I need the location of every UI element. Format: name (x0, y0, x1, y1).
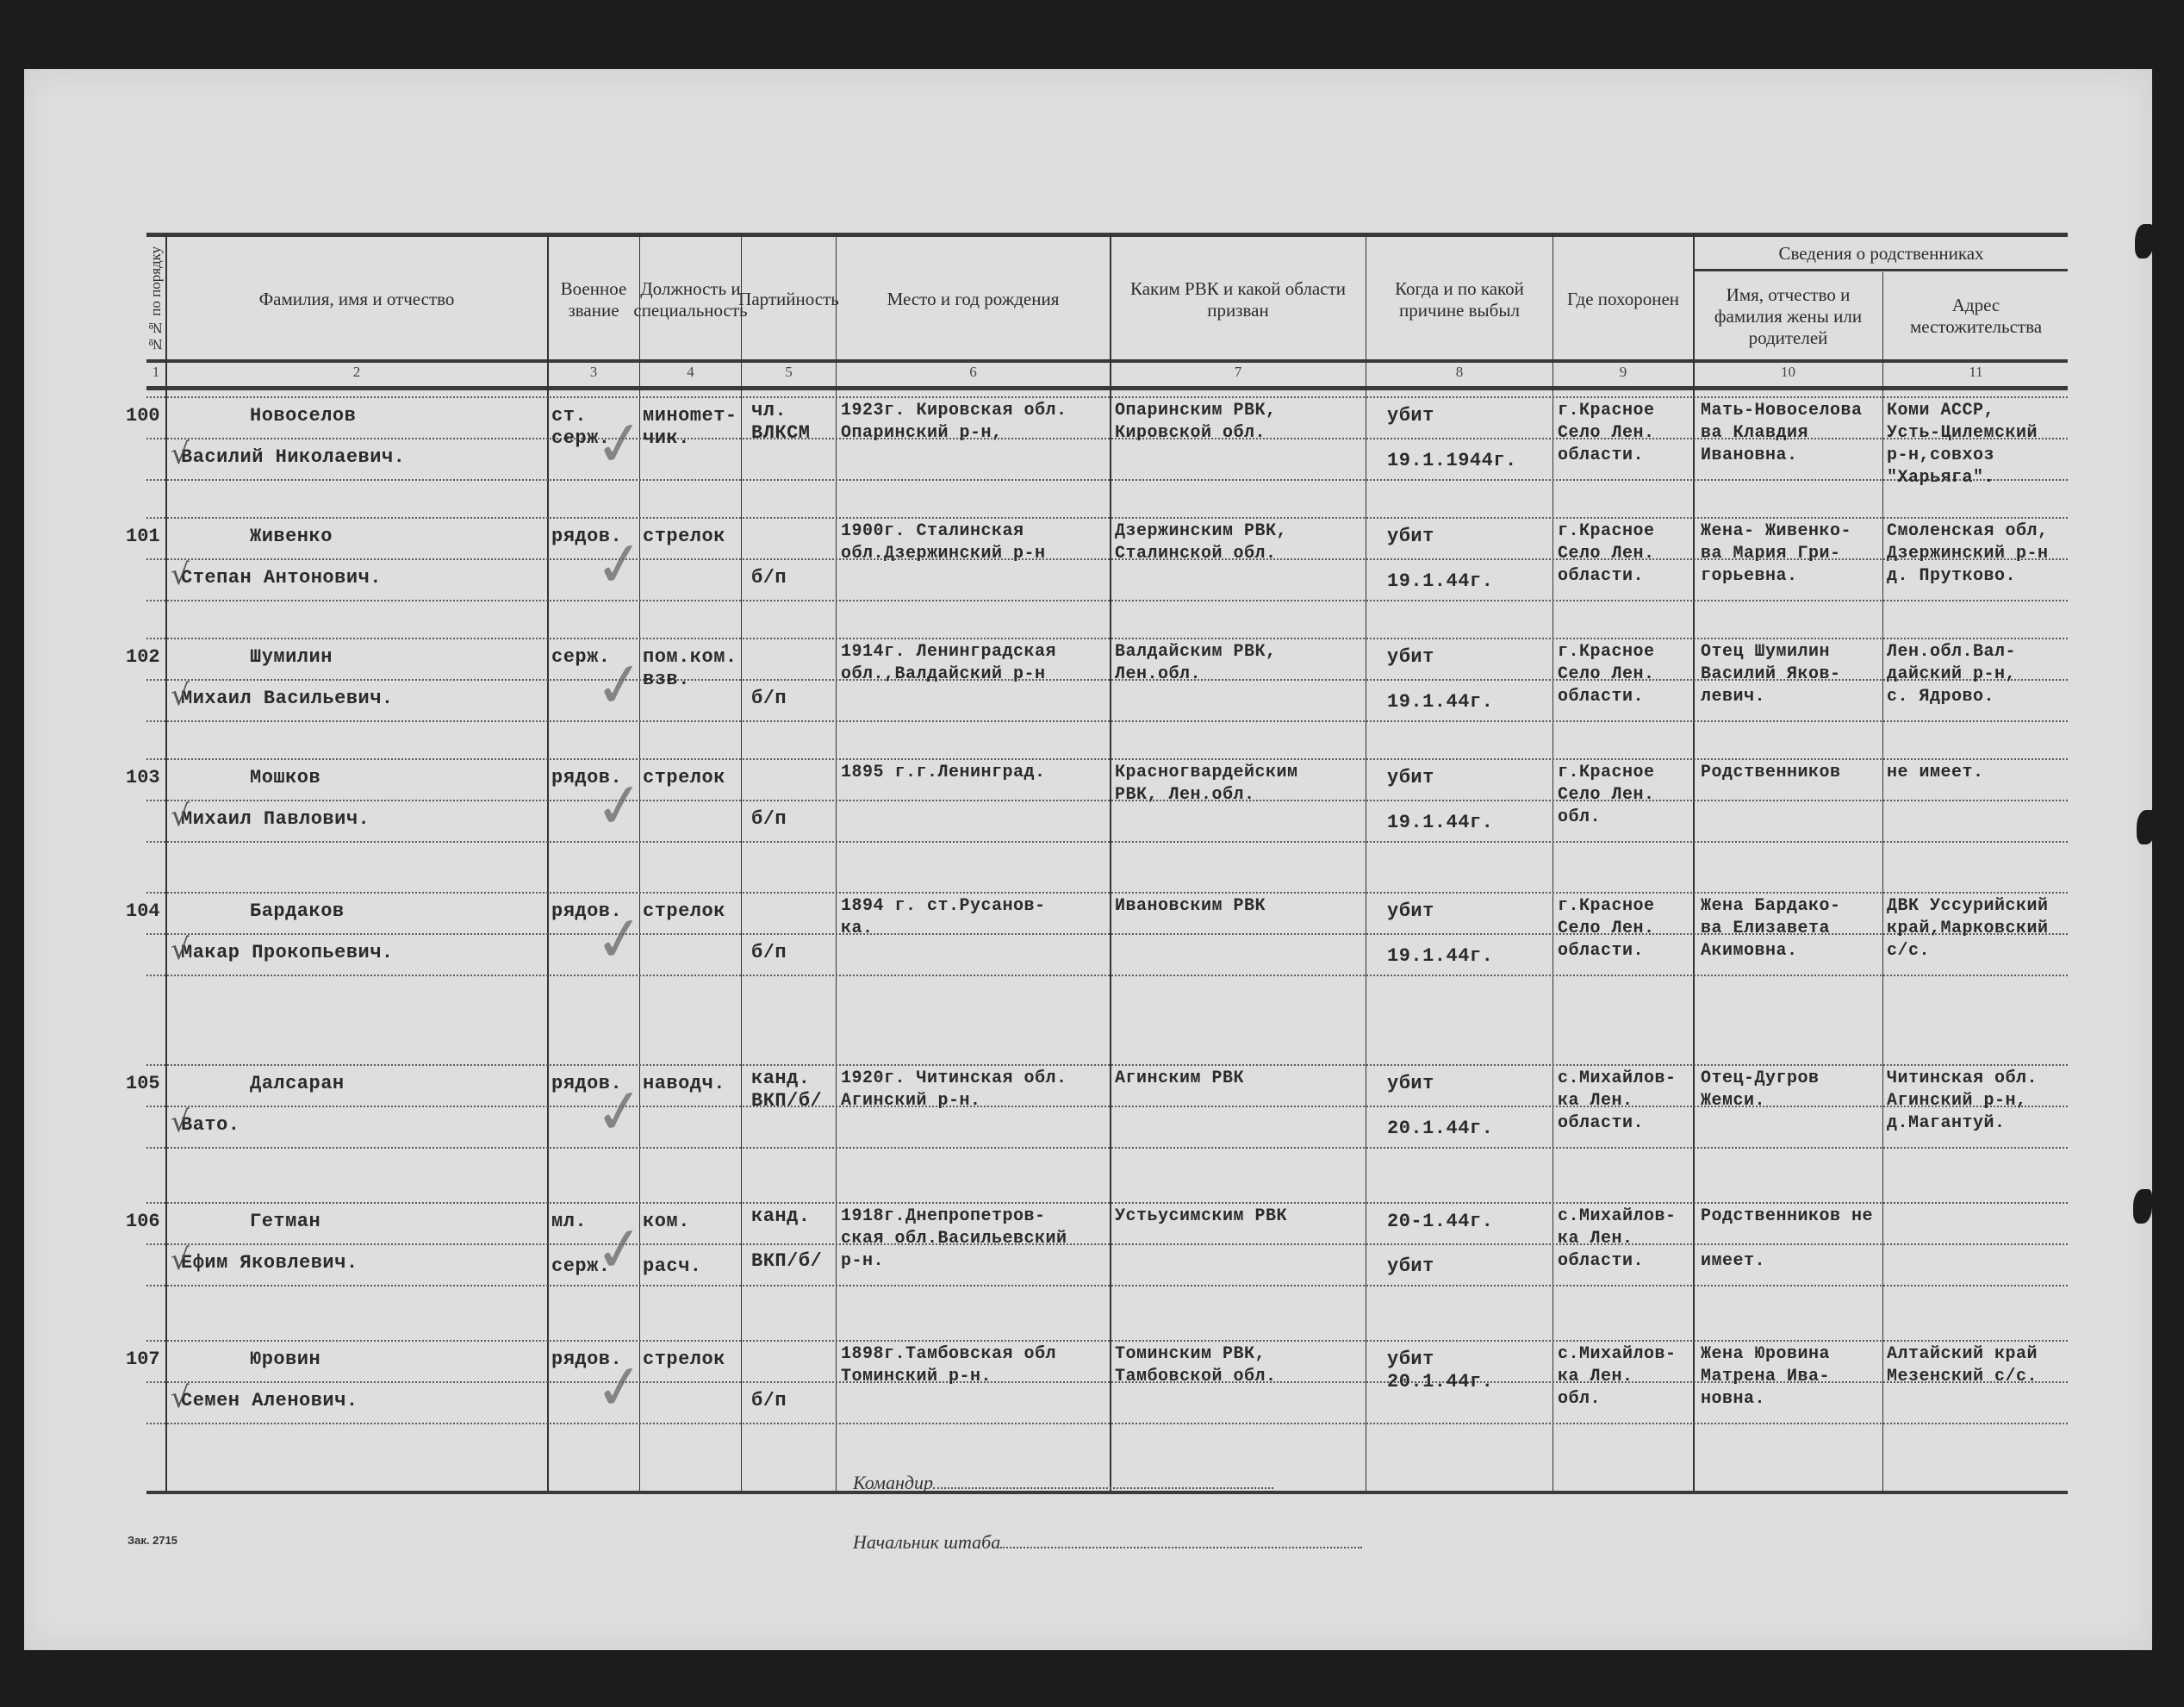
party-cell: б/п (751, 808, 787, 831)
colnum-5: 5 (743, 364, 835, 381)
draft-cell: Томинским РВК, Тамбовской обл. (1115, 1343, 1277, 1388)
dropout-cell: убит 19.1.44г. (1387, 767, 1493, 834)
dropout-cell: убит 20.1.44г. (1387, 1349, 1493, 1393)
small-checkmark-icon: √ (171, 935, 190, 964)
header-relatives-group: Сведения о родственниках (1695, 238, 2068, 269)
header-bottom-rule (146, 359, 2068, 363)
address-cell: Лен.обл.Вал- дайский р-н, с. Ядрово. (1887, 641, 2016, 708)
row-number: 101 (126, 526, 160, 547)
party-cell: канд. ВКП/б/ (751, 1205, 822, 1273)
table-row: 105ДалсаранВато.рядов.наводч.канд. ВКП/б… (146, 1064, 2068, 1202)
draft-cell: Валдайским РВК, Лен.обл. (1115, 641, 1277, 686)
draft-cell: Красногвардейским РВК, Лен.обл. (1115, 762, 1298, 807)
dropout-cell: убит 19.1.44г. (1387, 646, 1493, 713)
table-row: 106ГетманЕфим Яковлевич.мл. серж.ком. ра… (146, 1202, 2068, 1340)
birth-cell: 1898г.Тамбовская обл Томинский р-н. (841, 1343, 1056, 1388)
surname-cell: Новоселов (250, 405, 356, 427)
header-col-9: Где похоронен (1554, 241, 1692, 358)
pencil-checkmark-icon: ✓ (590, 651, 649, 718)
colnum-10: 10 (1695, 364, 1882, 381)
ruled-line (146, 396, 2068, 398)
pencil-checkmark-icon: ✓ (590, 1078, 649, 1144)
relative-cell: Мать-Новоселова ва Клавдия Ивановна. (1701, 400, 1863, 467)
commander-label: Командир (853, 1472, 933, 1493)
position-cell: наводч. (643, 1073, 725, 1095)
burial-place-cell: г.Красное Село Лен. области. (1558, 400, 1655, 467)
relative-cell: Отец-Дугров Жемси. (1701, 1068, 1820, 1112)
chief-of-staff-signature-field: Начальник штаба (853, 1531, 1362, 1554)
address-cell: Алтайский край Мезенский с/с. (1887, 1343, 2038, 1388)
ruled-line (146, 638, 2068, 639)
given-name-cell: Михаил Павлович. (181, 808, 370, 831)
small-checkmark-icon: √ (171, 1107, 190, 1137)
burial-place-cell: г.Красное Село Лен. обл. (1558, 762, 1655, 829)
commander-signature-line (933, 1487, 1273, 1489)
draft-cell: Опаринским РВК, Кировской обл. (1115, 400, 1277, 445)
address-cell: Коми АССР, Усть-Цилемский р-н,совхоз "Ха… (1887, 400, 2038, 489)
surname-cell: Бардаков (250, 900, 345, 923)
birth-cell: 1895 г.г.Ленинград. (841, 762, 1046, 784)
surname-cell: Гетман (250, 1211, 320, 1233)
row-number: 105 (126, 1073, 160, 1094)
ruled-line (146, 1147, 2068, 1149)
ruled-line (146, 1064, 2068, 1066)
position-cell: минomет- чик. (643, 405, 737, 450)
surname-cell: Живенко (250, 526, 333, 548)
header-col-3: Военное звание (549, 241, 638, 358)
ruled-line (146, 479, 2068, 481)
surname-cell: Далсаран (250, 1073, 345, 1095)
surname-cell: Мошков (250, 767, 320, 789)
dropout-cell: 20-1.44г. убит (1387, 1211, 1493, 1278)
colnum-1: 1 (146, 364, 165, 381)
address-cell: Читинская обл. Агинский р-н, д.Магантуй. (1887, 1068, 2038, 1135)
dropout-cell: убит 19.1.44г. (1387, 526, 1493, 593)
ruled-line (146, 1285, 2068, 1286)
given-name-cell: Семен Аленович. (181, 1390, 358, 1412)
commander-signature-field: Командир (853, 1472, 1273, 1494)
chief-of-staff-label: Начальник штаба (853, 1531, 1000, 1553)
row-number: 107 (126, 1349, 160, 1370)
header-col-10: Имя, отчество и фамилия жены или родител… (1695, 274, 1882, 358)
paper-tear (2137, 810, 2156, 844)
burial-place-cell: с.Михайлов- ка Лен. обл. (1558, 1343, 1677, 1411)
birth-cell: 1923г. Кировская обл. Опаринский р-н, (841, 400, 1067, 445)
party-cell: канд. ВКП/б/ (751, 1068, 822, 1112)
draft-cell: Агинским РВК (1115, 1068, 1244, 1090)
surname-cell: Шумилин (250, 646, 333, 669)
colnum-11: 11 (1884, 364, 2068, 381)
birth-cell: 1894 г. ст.Русанов- ка. (841, 895, 1046, 940)
paper-tear (2133, 1189, 2152, 1224)
colnum-3: 3 (549, 364, 638, 381)
row-number: 104 (126, 900, 160, 922)
header-col-5: Партийность (743, 241, 835, 358)
ruled-line (146, 841, 2068, 843)
table-row: 101ЖивенкоСтепан Антонович.рядов.стрелок… (146, 517, 2068, 638)
surname-cell: Юровин (250, 1349, 320, 1371)
print-order-code: Зак. 2715 (128, 1534, 177, 1547)
colnum-8: 8 (1367, 364, 1552, 381)
given-name-cell: Василий Николаевич. (181, 446, 405, 469)
party-cell: б/п (751, 1390, 787, 1412)
relative-cell: Родственников (1701, 762, 1841, 784)
row-number: 103 (126, 767, 160, 788)
header-col-6: Место и год рождения (837, 241, 1109, 358)
address-cell: не имеет. (1887, 762, 1984, 784)
given-name-cell: Михаил Васильевич. (181, 688, 394, 710)
relative-cell: Жена- Живенко- ва Мария Гри- горьевна. (1701, 520, 1851, 588)
small-checkmark-icon: √ (171, 801, 190, 831)
header-col-2: Фамилия, имя и отчество (167, 241, 546, 358)
relative-cell: Жена Юровина Матрена Ива- новна. (1701, 1343, 1830, 1411)
position-cell: стрелок (643, 1349, 725, 1371)
position-cell: стрелок (643, 900, 725, 923)
birth-cell: 1914г. Ленинградская обл.,Валдайский р-н (841, 641, 1056, 686)
colnum-6: 6 (837, 364, 1109, 381)
row-number: 100 (126, 405, 160, 427)
position-cell: пом.ком. взв. (643, 646, 737, 691)
ruled-line (146, 975, 2068, 976)
header-col-4: Должность и специальность (641, 241, 740, 358)
dropout-cell: убит 19.1.1944г. (1387, 405, 1517, 472)
small-checkmark-icon: √ (171, 1383, 190, 1412)
relative-cell: Жена Бардако- ва Елизавета Акимовна. (1701, 895, 1841, 963)
colnum-bottom-rule (146, 386, 2068, 390)
draft-cell: Ивановским РВК (1115, 895, 1266, 918)
given-name-cell: Вато. (181, 1114, 240, 1137)
ruled-line (146, 720, 2068, 722)
pencil-checkmark-icon: ✓ (590, 1354, 649, 1420)
address-cell: Смоленская обл, Дзержинский р-н д. Прутк… (1887, 520, 2049, 588)
burial-place-cell: г.Красное Село Лен. области. (1558, 895, 1655, 963)
draft-cell: Устьусимским РВК (1115, 1205, 1287, 1228)
party-cell: б/п (751, 567, 787, 589)
table-row: 104БардаковМакар Прокопьевич.рядов.стрел… (146, 892, 2068, 1064)
party-cell: б/п (751, 942, 787, 964)
ruled-line (146, 1340, 2068, 1342)
given-name-cell: Макар Прокопьевич. (181, 942, 394, 964)
group-header-rule (1693, 269, 2068, 271)
pencil-checkmark-icon: ✓ (590, 1216, 649, 1282)
position-cell: ком. расч. (643, 1211, 702, 1278)
table-row: 102ШумилинМихаил Васильевич.серж.пом.ком… (146, 638, 2068, 758)
header-col-1: №№ по порядку (146, 241, 165, 358)
ruled-line (146, 600, 2068, 601)
ruled-line (146, 1202, 2068, 1204)
chief-of-staff-signature-line (1000, 1547, 1362, 1548)
pencil-checkmark-icon: ✓ (590, 531, 649, 597)
small-checkmark-icon: √ (171, 681, 190, 710)
small-checkmark-icon: √ (171, 439, 190, 469)
burial-place-cell: г.Красное Село Лен. области. (1558, 641, 1655, 708)
position-cell: стрелок (643, 526, 725, 548)
position-cell: стрелок (643, 767, 725, 789)
ruled-line (146, 892, 2068, 894)
ruled-line (146, 517, 2068, 519)
draft-cell: Дзержинским РВК, Сталинской обл. (1115, 520, 1287, 565)
party-cell: чл. ВЛКСМ (751, 400, 811, 445)
pencil-checkmark-icon: ✓ (590, 906, 649, 972)
birth-cell: 1920г. Читинская обл. Агинский р-н. (841, 1068, 1067, 1112)
small-checkmark-icon: √ (171, 560, 190, 589)
header-col-8: Когда и по какой причине выбыл (1367, 241, 1552, 358)
colnum-4: 4 (641, 364, 740, 381)
burial-place-cell: с.Михайлов- ка Лен. области. (1558, 1068, 1677, 1135)
birth-cell: 1918г.Днепропетров- ская обл.Васильевски… (841, 1205, 1067, 1273)
dropout-cell: убит 19.1.44г. (1387, 900, 1493, 968)
table-row: 107ЮровинСемен Аленович.рядов.стрелокб/п… (146, 1340, 2068, 1491)
burial-place-cell: с.Михайлов- ка Лен. области. (1558, 1205, 1677, 1273)
dropout-cell: убит 20.1.44г. (1387, 1073, 1493, 1140)
colnum-7: 7 (1111, 364, 1365, 381)
top-rule (146, 233, 2068, 237)
colnum-2: 2 (167, 364, 546, 381)
paper-tear (2135, 224, 2154, 259)
burial-place-cell: г.Красное Село Лен. области. (1558, 520, 1655, 588)
table-row: 100НовоселовВасилий Николаевич.ст. серж.… (146, 396, 2068, 517)
header-col-11: Адрес местожительства (1884, 274, 2068, 358)
party-cell: б/п (751, 688, 787, 710)
row-number: 102 (126, 646, 160, 668)
address-cell: ДВК Уссурийский край,Марковский с/с. (1887, 895, 2049, 963)
colnum-9: 9 (1554, 364, 1692, 381)
document-sheet: №№ по порядку Фамилия, имя и отчество Во… (24, 69, 2152, 1650)
ruled-line (146, 1423, 2068, 1424)
given-name-cell: Степан Антонович. (181, 567, 382, 589)
ruled-line (146, 758, 2068, 760)
ruled-line (146, 800, 2068, 801)
small-checkmark-icon: √ (171, 1245, 190, 1274)
table-row: 103МошковМихаил Павлович.рядов.стрелокб/… (146, 758, 2068, 892)
birth-cell: 1900г. Сталинская обл.Дзержинский р-н (841, 520, 1046, 565)
row-number: 106 (126, 1211, 160, 1232)
pencil-checkmark-icon: ✓ (590, 772, 649, 838)
header-col-7: Каким РВК и какой области призван (1111, 241, 1365, 358)
given-name-cell: Ефим Яковлевич. (181, 1252, 358, 1274)
relative-cell: Отец Шумилин Василий Яков- левич. (1701, 641, 1841, 708)
relative-cell: Родственников не имеет. (1701, 1205, 1873, 1273)
pencil-checkmark-icon: ✓ (590, 410, 649, 477)
